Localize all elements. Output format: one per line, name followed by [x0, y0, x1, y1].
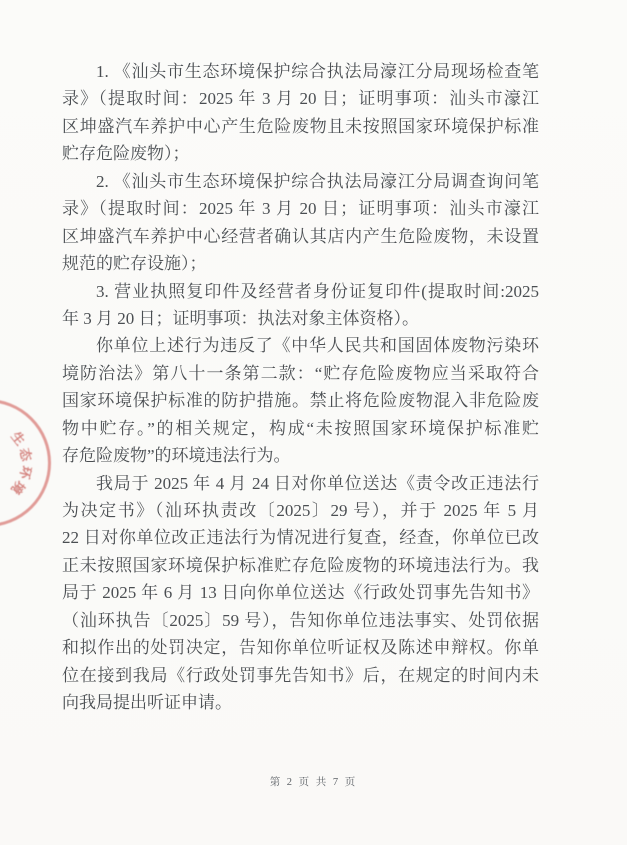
document-line: 为决定书》（汕环执责改〔2025〕29 号），并于 2025 年 5 月: [62, 497, 539, 524]
document-body: 1. 《汕头市生态环境保护综合执法局濠江分局现场检查笔 录》（提取时间：2025…: [62, 58, 539, 717]
document-line: （汕环执告〔2025〕59 号），告知你单位违法事实、处罚依据: [62, 607, 539, 634]
document-line: 物中贮存。”的相关规定，构成“未按照国家环境保护标准贮: [62, 415, 539, 442]
document-line: 国家环境保护标准的防护措施。禁止将危险废物混入非危险废: [62, 387, 539, 414]
document-line: 1. 《汕头市生态环境保护综合执法局濠江分局现场检查笔: [62, 58, 539, 85]
document-line: 录》（提取时间：2025 年 3 月 20 日；证明事项：汕头市濠江: [62, 85, 539, 112]
document-line: 区坤盛汽车养护中心产生危险废物且未按照国家环境保护标准: [62, 113, 539, 140]
seal-character: 生: [9, 427, 30, 448]
document-line: 3. 营业执照复印件及经营者身份证复印件(提取时间:2025: [62, 278, 539, 305]
document-line: 22 日对你单位改正违法行为情况进行复查，经查，你单位已改: [62, 524, 539, 551]
document-line: 正未按照国家环境保护标准贮存危险废物的环境违法行为。我: [62, 552, 539, 579]
document-line: 录》（提取时间：2025 年 3 月 20 日；证明事项：汕头市濠江: [62, 195, 539, 222]
document-line: 存危险废物”的环境违法行为。: [62, 442, 539, 469]
official-seal-partial: 生 态 环 境: [0, 399, 51, 527]
document-line: 规范的贮存设施）；: [62, 250, 539, 277]
document-line: 局于 2025 年 6 月 13 日向你单位送达《行政处罚事先告知书》: [62, 579, 539, 606]
document-page: 生 态 环 境 1. 《汕头市生态环境保护综合执法局濠江分局现场检查笔 录》（提…: [0, 0, 627, 845]
document-line: 年 3 月 20 日；证明事项：执法对象主体资格）。: [62, 305, 539, 332]
document-line: 和拟作出的处罚决定，告知你单位听证权及陈述申辩权。你单: [62, 634, 539, 661]
document-line: 位在接到我局《行政处罚事先告知书》后，在规定的时间内未: [62, 662, 539, 689]
document-line: 贮存危险废物）；: [62, 140, 539, 167]
document-line: 境防治法》第八十一条第二款：“贮存危险废物应当采取符合: [62, 360, 539, 387]
document-line: 我局于 2025 年 4 月 24 日对你单位送达《责令改正违法行: [62, 470, 539, 497]
seal-character: 态: [19, 445, 38, 462]
document-line: 你单位上述行为违反了《中华人民共和国固体废物污染环: [62, 332, 539, 359]
document-line: 2. 《汕头市生态环境保护综合执法局濠江分局调查询问笔: [62, 168, 539, 195]
document-line: 向我局提出听证申请。: [62, 689, 539, 716]
seal-character: 境: [9, 479, 30, 500]
seal-character: 环: [19, 464, 38, 481]
page-number-footer: 第 2 页 共 7 页: [0, 774, 627, 789]
document-line: 区坤盛汽车养护中心经营者确认其店内产生危险废物，未设置: [62, 223, 539, 250]
